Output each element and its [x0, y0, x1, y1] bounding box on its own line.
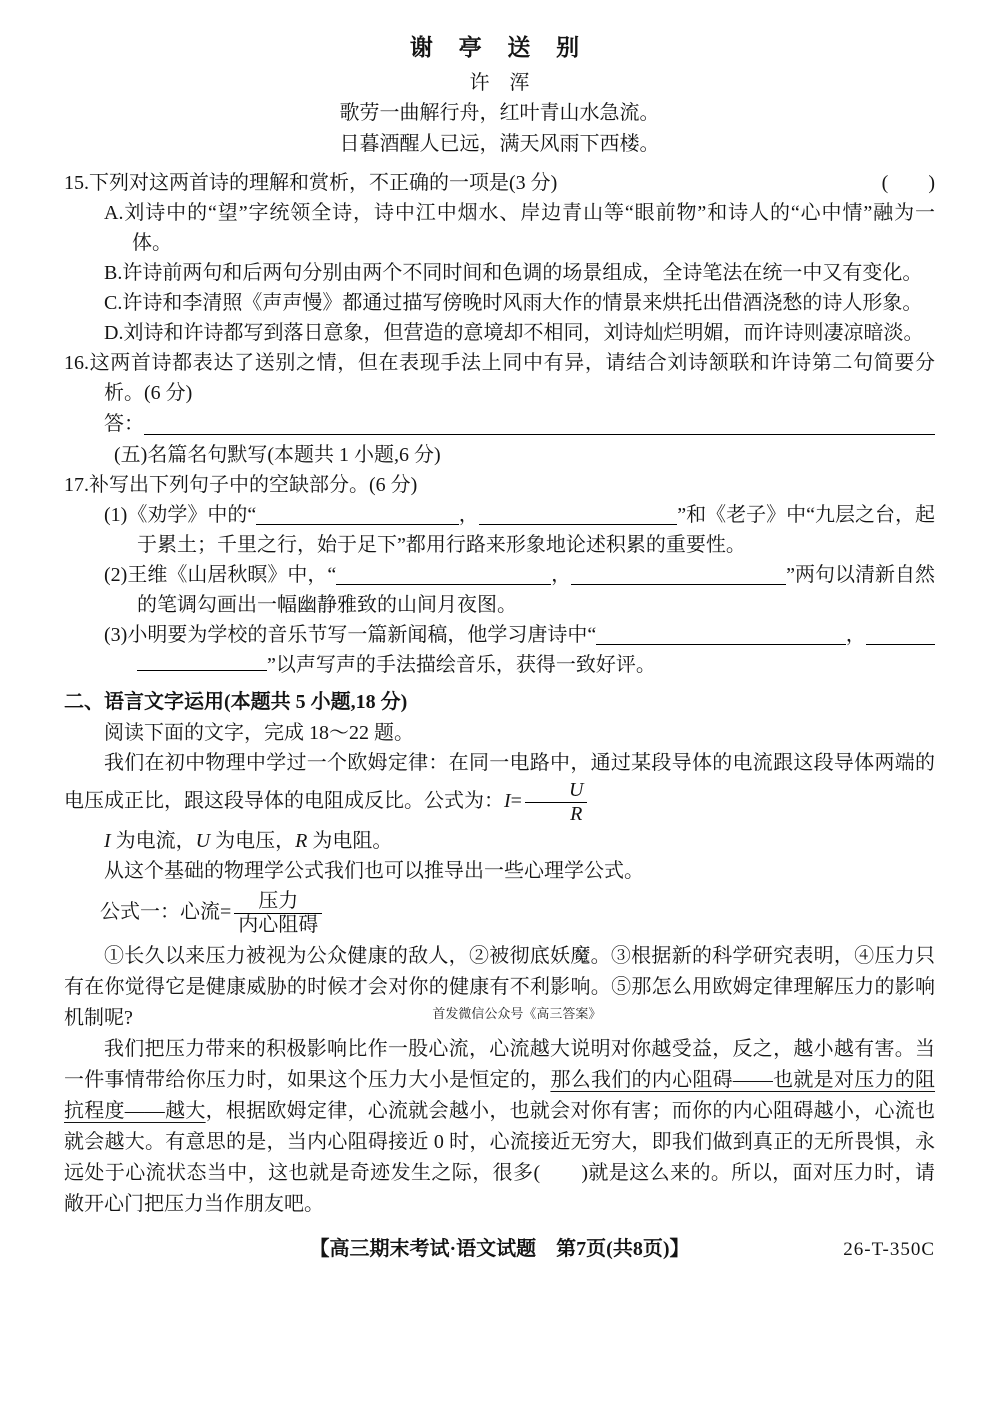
poem-line-2: 日暮酒醒人已远，满天风雨下西楼。 — [64, 129, 935, 160]
q17-item1-line2: 于累土；千里之行，始于足下”都用行路来形象地论述积累的重要性。 — [137, 530, 935, 560]
fill-blank — [137, 670, 267, 671]
section-5-header: (五)名篇名句默写(本题共 1 小题,6 分) — [114, 440, 935, 470]
formula1-fraction: UR — [525, 779, 587, 826]
formula2-label: 公式一：心流= — [100, 901, 231, 923]
formula2-fraction: 压力内心阻碍 — [234, 890, 322, 937]
formula1-denominator: R — [525, 802, 587, 826]
var-i: I — [104, 830, 111, 852]
question-15-option-b: B.许诗前两句和后两句分别由两个不同时间和色调的场景组成，全诗笔法在统一中又有变… — [104, 258, 935, 288]
question-16-answer-row: 答： — [104, 408, 935, 440]
section-2-header: 二、语言文字运用(本题共 5 小题,18 分) — [64, 686, 935, 718]
passage-derive-line: 从这个基础的物理学公式我们也可以推导出一些心理学公式。 — [64, 856, 935, 886]
q17-item1-comma: ， — [459, 500, 479, 530]
q17-item1-pre: (1)《劝学》中的“ — [104, 500, 256, 530]
question-17-item-1: (1)《劝学》中的“ ， ”和《老子》中“九层之台，起 于累土；千里之行，始于足… — [104, 500, 935, 560]
fill-blank — [256, 524, 459, 525]
q17-item2-pre: (2)王维《山居秋暝》中，“ — [104, 560, 336, 590]
formula1-equals: = — [511, 790, 522, 812]
poem-title: 谢 亭 送 别 — [64, 32, 935, 64]
var-u-label: 为电压， — [210, 830, 295, 852]
q17-item3-post: ”以声写声的手法描绘音乐，获得一致好评。 — [267, 654, 656, 676]
var-u: U — [196, 830, 210, 852]
passage-variables-line: I 为电流，U 为电压，R 为电阻。 — [104, 826, 935, 856]
page-footer: 【高三期末考试·语文试题 第7页(共8页)】 26-T-350C — [64, 1234, 935, 1264]
var-r: R — [295, 830, 307, 852]
fill-blank — [571, 584, 786, 585]
passage-numbered-para: ①长久以来压力被视为公众健康的敌人，②被彻底妖魔。③根据新的科学研究表明，④压力… — [64, 941, 935, 1034]
formula1-variable: I — [504, 790, 511, 812]
fill-blank — [866, 644, 935, 645]
question-17-item-2: (2)王维《山居秋暝》中，“ ， ”两句以清新自然 的笔调勾画出一幅幽静雅致的山… — [104, 560, 935, 620]
exam-page: 谢 亭 送 别 许 浑 歌劳一曲解行舟，红叶青山水急流。 日暮酒醒人已远，满天风… — [0, 0, 992, 1403]
question-15-stem: 15.下列对这两首诗的理解和赏析，不正确的一项是(3 分) — [64, 168, 557, 198]
fill-blank — [336, 584, 551, 585]
passage-para-1-text: 我们在初中物理中学过一个欧姆定律：在同一电路中，通过某段导体的电流跟这段导体两端… — [64, 752, 935, 812]
question-15: 15.下列对这两首诗的理解和赏析，不正确的一项是(3 分) ( ) — [64, 168, 935, 198]
question-16-stem: 16.这两首诗都表达了送别之情，但在表现手法上同中有异，请结合刘诗颔联和许诗第二… — [64, 348, 935, 408]
passage-para-2: 我们把压力带来的积极影响比作一股心流，心流越大说明对你越受益，反之，越小越有害。… — [64, 1034, 935, 1220]
q17-item1-line1: (1)《劝学》中的“ ， ”和《老子》中“九层之台，起 — [104, 500, 935, 530]
answer-bracket: ( ) — [882, 168, 935, 198]
passage-para-1: 我们在初中物理中学过一个欧姆定律：在同一电路中，通过某段导体的电流跟这段导体两端… — [64, 748, 935, 826]
q17-item1-post: ”和《老子》中“九层之台，起 — [677, 500, 935, 530]
question-17-stem: 17.补写出下列句子中的空缺部分。(6 分) — [64, 470, 935, 500]
poem-line-1: 歌劳一曲解行舟，红叶青山水急流。 — [64, 98, 935, 129]
question-17-item-3: (3)小明要为学校的音乐节写一篇新闻稿，他学习唐诗中“ ， ”以声写声的手法描绘… — [104, 620, 935, 680]
question-15-option-a: A.刘诗中的“望”字统领全诗，诗中江中烟水、岸边青山等“眼前物”和诗人的“心中情… — [104, 198, 935, 258]
watermark-text: 首发微信公众号《高三答案》 — [432, 998, 601, 1029]
answer-label: 答： — [104, 408, 144, 440]
q17-item3-line2: ”以声写声的手法描绘音乐，获得一致好评。 — [137, 650, 935, 680]
reading-instruction: 阅读下面的文字，完成 18～22 题。 — [64, 718, 935, 748]
formula-2: 公式一：心流=压力内心阻碍 — [100, 890, 935, 937]
poem-author: 许 浑 — [64, 68, 935, 98]
q17-item3-line1: (3)小明要为学校的音乐节写一篇新闻稿，他学习唐诗中“ ， — [104, 620, 935, 650]
q17-item3-comma: ， — [846, 620, 866, 650]
formula2-numerator: 压力 — [234, 890, 322, 913]
formula1-numerator: U — [525, 779, 587, 802]
q17-item2-line2: 的笔调勾画出一幅幽静雅致的山间月夜图。 — [137, 590, 935, 620]
q17-item2-line1: (2)王维《山居秋暝》中，“ ， ”两句以清新自然 — [104, 560, 935, 590]
q17-item2-comma: ， — [551, 560, 571, 590]
footer-title: 【高三期末考试·语文试题 第7页(共8页)】 — [310, 1238, 690, 1260]
answer-blank-line — [144, 434, 935, 435]
q17-item3-pre: (3)小明要为学校的音乐节写一篇新闻稿，他学习唐诗中“ — [104, 620, 596, 650]
question-15-option-c: C.许诗和李清照《声声慢》都通过描写傍晚时风雨大作的情景来烘托出借酒浇愁的诗人形… — [104, 288, 935, 318]
fill-blank — [596, 644, 846, 645]
var-i-label: 为电流， — [111, 830, 196, 852]
fill-blank — [479, 524, 678, 525]
footer-paper-code: 26-T-350C — [843, 1235, 935, 1265]
var-r-label: 为电阻。 — [307, 830, 392, 852]
question-15-option-d: D.刘诗和许诗都写到落日意象，但营造的意境却不相同，刘诗灿烂明媚，而许诗则凄凉暗… — [104, 318, 935, 348]
formula2-denominator: 内心阻碍 — [234, 913, 322, 937]
q17-item2-post: ”两句以清新自然 — [786, 560, 935, 590]
